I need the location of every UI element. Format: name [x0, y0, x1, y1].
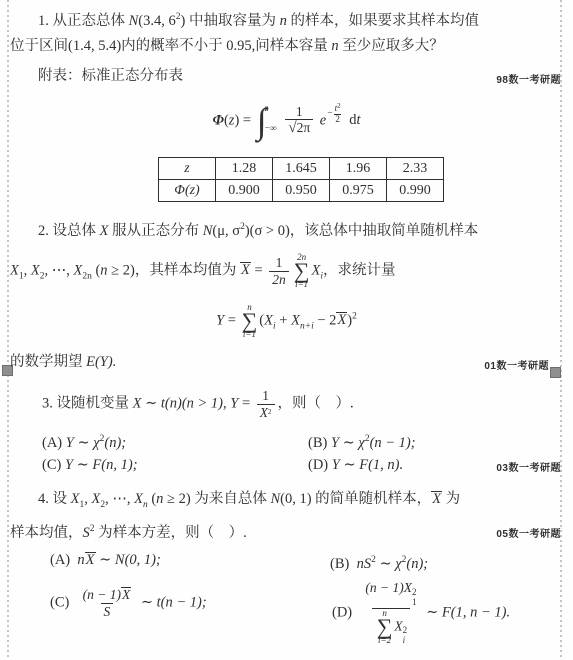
math-fraction: t22: [334, 103, 342, 125]
math-phi: Φ: [212, 112, 223, 128]
math-var: X: [134, 491, 143, 507]
option-label: (B): [330, 556, 357, 572]
integral: ∫z−∞: [257, 103, 277, 139]
upper-limit: z: [265, 104, 277, 114]
option-label: (D): [332, 604, 359, 620]
denominator: X2: [257, 404, 275, 421]
summation: n∑i=1: [242, 303, 258, 340]
math-expression: Y ∼ F(n, 1);: [65, 457, 138, 473]
differential: dt: [349, 112, 360, 128]
text-token: , ⋯,: [105, 491, 134, 507]
superscript: 2: [337, 102, 341, 110]
math-expression: X ∼ t(n)(n > 1): [133, 395, 223, 411]
selection-handle-right[interactable]: [550, 367, 561, 378]
text-token: 3. 设随机变量: [42, 395, 133, 411]
math-expression: (n − 1)X: [365, 580, 412, 595]
summation: n∑i=2: [377, 609, 393, 646]
option-label: (B): [308, 435, 331, 451]
subscript: 1: [412, 598, 417, 608]
table-cell: 0.950: [273, 180, 330, 202]
text-token: 2. 设总体: [38, 223, 100, 239]
text-token: 的样本，如果要求其样本均值: [287, 13, 479, 29]
text-token: =: [251, 262, 266, 278]
math-var: X: [260, 405, 268, 420]
math-fraction: (n − 1)XS: [80, 587, 135, 619]
option-3d: (D) Y ∼ F(1, n).: [308, 456, 403, 475]
option-label: (D): [308, 457, 332, 473]
text-token: =: [238, 395, 253, 411]
math-fraction: 12n: [269, 255, 289, 287]
math-expression: ∼ N(0, 1);: [96, 552, 161, 568]
option-label: (C): [42, 457, 65, 473]
question-2-line-2-content: X1, X2, ⋯, X2n (n ≥ 2)，其样本均值为 X = 12n2n∑…: [10, 253, 395, 290]
superscript: 2: [352, 311, 357, 321]
source-tag-05: 05数一考研题: [496, 525, 561, 540]
sup-sub-stack: 21: [412, 588, 417, 608]
text-token: ) =: [234, 112, 254, 128]
text-token: (3.4, 6: [138, 13, 175, 29]
option-3c: (C) Y ∼ F(n, 1);: [42, 456, 138, 475]
formula-phi-content: Φ(z) = ∫z−∞ 1√2π e−t22 dt: [212, 103, 360, 139]
summation: 2n∑i=1: [294, 253, 310, 290]
math-var: X: [291, 312, 300, 328]
math-var: X: [31, 262, 40, 278]
math-var: n: [280, 13, 287, 29]
numerator: 1: [273, 255, 286, 271]
normal-distribution-table: z 1.28 1.645 1.96 2.33 Φ(z) 0.900 0.950 …: [158, 157, 444, 202]
math-var: t: [356, 112, 360, 128]
math-expression: ∼ t(n − 1);: [137, 594, 206, 610]
math-var: X: [91, 491, 100, 507]
math-expression: Y ∼ F(1, n).: [332, 457, 403, 473]
text-token: 样本均值，: [10, 525, 83, 541]
math-fraction: 1X2: [257, 388, 275, 420]
table-cell: 0.975: [330, 180, 387, 202]
math-var: N: [203, 223, 213, 239]
math-expression: (n);: [406, 556, 428, 572]
text-token: ≥ 2)，其样本均值为: [108, 262, 240, 278]
superscript: 2: [268, 408, 272, 416]
text-token: 1. 从正态总体: [38, 13, 129, 29]
text-token: ≥ 2) 为来自总体: [163, 491, 270, 507]
table-cell: z: [159, 158, 216, 180]
math-expression: (n − 1);: [370, 435, 416, 451]
source-tag-03: 03数一考研题: [496, 459, 561, 474]
x-bar: X: [240, 262, 251, 278]
math-expression: Y ∼ χ: [66, 435, 100, 451]
denominator: S: [101, 603, 114, 620]
question-2-line-2: X1, X2, ⋯, X2n (n ≥ 2)，其样本均值为 X = 12n2n∑…: [10, 251, 395, 291]
text-token: 至少应取多大？: [339, 38, 444, 54]
math-var: n: [100, 262, 107, 278]
option-3b: (B) Y ∼ χ2(n − 1);: [308, 430, 416, 453]
exponent: −t22: [327, 103, 342, 125]
math-var: X: [10, 262, 19, 278]
text-token: (0, 1) 的简单随机样本，: [280, 491, 431, 507]
denominator: 2n: [269, 271, 289, 288]
question-2-line-1: 2. 设总体 X 服从正态分布 N(μ, σ2)(σ > 0)，该总体中抽取简单…: [38, 218, 478, 241]
text-token: (: [148, 491, 156, 507]
text-token: 为样本方差，则（ ）.: [95, 525, 247, 541]
text-token: 附表：标准正态分布表: [38, 68, 183, 84]
table-cell: 1.645: [273, 158, 330, 180]
table-cell: Φ(z): [159, 180, 216, 202]
text-token: ) 中抽取容量为: [181, 13, 280, 29]
text-token: 为: [442, 491, 460, 507]
text-token: (μ, σ: [212, 223, 240, 239]
text-token: 的数学期望: [10, 354, 86, 370]
radical-sign: √: [288, 120, 296, 136]
text-token: )(σ > 0)，该总体中抽取简单随机样本: [245, 223, 478, 239]
option-4c: (C) (n − 1)XS ∼ t(n − 1);: [50, 584, 207, 622]
text-token: 位于区间(1.4, 5.4)内的概率不小于 0.95,问样本容量: [10, 38, 331, 54]
math-var: N: [129, 13, 139, 29]
option-4a: (A) nX ∼ N(0, 1);: [50, 551, 161, 570]
math-var: n: [331, 38, 338, 54]
math-e: e: [320, 112, 326, 128]
question-3-line: 3. 设随机变量 X ∼ t(n)(n > 1), Y = 1X2，则（ ）.: [42, 385, 354, 423]
option-4d: (D) (n − 1)X21n∑i=2X2i ∼ F(1, n − 1).: [332, 580, 510, 646]
math-var: S: [83, 525, 90, 541]
source-tag-98: 98数一考研题: [496, 71, 561, 86]
text-token: , ⋯,: [44, 262, 73, 278]
lower-limit: −∞: [265, 124, 277, 134]
question-2-tail: 的数学期望 E(Y).: [10, 353, 116, 372]
document-page: 1. 从正态总体 N(3.4, 62) 中抽取容量为 n 的样本，如果要求其样本…: [0, 0, 573, 660]
x-bar: X: [431, 491, 442, 507]
table-row: Φ(z) 0.900 0.950 0.975 0.990: [159, 180, 444, 202]
question-4-line-2: 样本均值，S2 为样本方差，则（ ）.: [10, 520, 247, 543]
source-tag-01: 01数一考研题: [484, 357, 549, 372]
text-token: +: [276, 312, 291, 328]
numerator: (n − 1)X: [80, 587, 135, 603]
denominator: √2π: [285, 119, 313, 137]
sigma-glyph: ∑: [242, 312, 258, 331]
denominator: n∑i=2X2i: [372, 608, 410, 646]
math-expression: nS: [357, 556, 372, 572]
numerator: 1: [259, 388, 272, 404]
lower-limit: i=2: [378, 636, 391, 645]
table-cell: 0.990: [387, 180, 444, 202]
x-bar: X: [121, 587, 131, 602]
option-4b: (B) nS2 ∼ χ2(n);: [330, 551, 428, 574]
formula-phi: Φ(z) = ∫z−∞ 1√2π e−t22 dt: [0, 97, 573, 144]
math-var: X: [311, 262, 320, 278]
table-cell: 0.900: [216, 180, 273, 202]
option-label: (A): [50, 552, 77, 568]
math-var: n: [77, 552, 84, 568]
text-token: 4. 设: [38, 491, 71, 507]
math-var: N: [270, 491, 280, 507]
table-row: z 1.28 1.645 1.96 2.33: [159, 158, 444, 180]
question-1-line-2: 位于区间(1.4, 5.4)内的概率不小于 0.95,问样本容量 n 至少应取多…: [10, 37, 444, 56]
text-token: 服从正态分布: [108, 223, 202, 239]
question-1-line-1: 1. 从正态总体 N(3.4, 62) 中抽取容量为 n 的样本，如果要求其样本…: [38, 8, 479, 31]
integral-limits: z−∞: [265, 103, 277, 139]
math-var: X: [73, 262, 82, 278]
minus-sign: −: [327, 109, 332, 119]
text-token: − 2: [314, 312, 337, 328]
x-bar: X: [336, 312, 347, 328]
option-3a: (A) Y ∼ χ2(n);: [42, 430, 126, 453]
numerator: t2: [334, 103, 342, 114]
x-bar: X: [85, 552, 96, 568]
option-4d-content: (D) (n − 1)X21n∑i=2X2i ∼ F(1, n − 1).: [332, 580, 510, 646]
formula-y: Y = n∑i=1(Xi + Xn+i − 2X)2: [0, 298, 573, 344]
option-label: (A): [42, 435, 66, 451]
lower-limit: i=1: [295, 280, 308, 289]
table-cell: 1.96: [330, 158, 387, 180]
math-expression: E(Y).: [86, 354, 116, 370]
text-token: ，则（ ）.: [278, 395, 354, 411]
math-var: Y: [216, 312, 224, 328]
math-expression: (n − 1): [83, 587, 121, 602]
table-cell: 2.33: [387, 158, 444, 180]
table-cell: 1.28: [216, 158, 273, 180]
question-4-line-1: 4. 设 X1, X2, ⋯, Xn (n ≥ 2) 为来自总体 N(0, 1)…: [38, 490, 460, 515]
option-label: (C): [50, 594, 77, 610]
text-token: ,: [24, 262, 31, 278]
text-token: =: [224, 312, 239, 328]
subscript: 2n: [82, 271, 92, 281]
math-var: X: [264, 312, 273, 328]
question-1-attachment-label: 附表：标准正态分布表: [38, 67, 183, 86]
subscript: n+i: [300, 321, 314, 331]
math-fraction: (n − 1)X21n∑i=2X2i: [362, 580, 419, 646]
denominator: 2: [334, 114, 341, 125]
question-3-line-content: 3. 设随机变量 X ∼ t(n)(n > 1), Y = 1X2，则（ ）.: [42, 388, 354, 420]
sigma-glyph: ∑: [294, 262, 310, 281]
subscript: i: [403, 636, 408, 646]
lower-limit: i=1: [243, 330, 256, 339]
numerator: (n − 1)X21: [362, 580, 419, 608]
math-expression: ∼ F(1, n − 1).: [423, 604, 511, 620]
math-expression: Y ∼ χ: [331, 435, 365, 451]
text-token: ，求统计量: [323, 262, 396, 278]
numerator: 1: [293, 104, 306, 120]
sigma-glyph: ∑: [377, 618, 393, 637]
math-var: X: [394, 618, 402, 633]
math-expression: (n);: [104, 435, 126, 451]
formula-y-content: Y = n∑i=1(Xi + Xn+i − 2X)2: [216, 303, 357, 340]
radicand: 2π: [297, 119, 311, 135]
sup-sub-stack: 2i: [403, 626, 408, 646]
math-fraction: 1√2π: [285, 104, 313, 138]
option-4c-content: (C) (n − 1)XS ∼ t(n − 1);: [50, 587, 207, 619]
math-expression: ∼ χ: [376, 556, 402, 572]
